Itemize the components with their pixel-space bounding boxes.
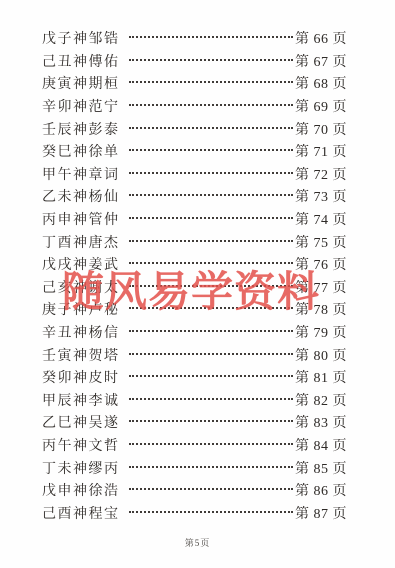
entry-title: 戊子神邹锆 xyxy=(42,28,120,48)
toc-entry: 丁未神缪丙 第 85 页 xyxy=(42,456,347,479)
dot-leader xyxy=(129,240,294,242)
toc-entry: 癸卯神皮时 第 81 页 xyxy=(42,366,347,389)
toc-entry: 癸巳神徐单 第 71 页 xyxy=(42,140,347,163)
entry-page-label: 第 76 页 xyxy=(295,254,347,274)
toc-entry: 庚寅神期桓 第 68 页 xyxy=(42,72,347,95)
dot-leader xyxy=(129,330,294,332)
dot-leader xyxy=(129,59,294,61)
entry-page-label: 第 77 页 xyxy=(295,277,347,297)
toc-entry: 庚子神卢秘 第 78 页 xyxy=(42,298,347,321)
entry-title: 戊戌神姜武 xyxy=(42,254,120,274)
toc-entry: 戊子神邹锆 第 66 页 xyxy=(42,27,347,50)
toc-entry: 辛丑神杨信 第 79 页 xyxy=(42,321,347,344)
toc-entry: 丙午神文哲 第 84 页 xyxy=(42,434,347,457)
dot-leader xyxy=(129,398,294,400)
dot-leader xyxy=(129,217,294,219)
toc-entry: 辛卯神范宁 第 69 页 xyxy=(42,95,347,118)
entry-title: 戊申神徐浩 xyxy=(42,480,120,500)
dot-leader xyxy=(129,307,294,309)
entry-title: 癸卯神皮时 xyxy=(42,367,120,387)
dot-leader xyxy=(129,443,294,445)
entry-title: 己丑神傅佑 xyxy=(42,51,120,71)
entry-page-label: 第 81 页 xyxy=(295,367,347,387)
entry-page-label: 第 82 页 xyxy=(295,390,347,410)
entry-title: 甲辰神李诚 xyxy=(42,390,120,410)
entry-title: 甲午神章词 xyxy=(42,164,120,184)
entry-title: 己亥神谢太 xyxy=(42,277,120,297)
entry-page-label: 第 73 页 xyxy=(295,186,347,206)
toc-entry: 戊申神徐浩 第 86 页 xyxy=(42,479,347,502)
toc-entry: 己丑神傅佑 第 67 页 xyxy=(42,50,347,73)
dot-leader xyxy=(129,81,294,83)
entry-title: 壬寅神贺塔 xyxy=(42,345,120,365)
toc-entry: 甲午神章词 第 72 页 xyxy=(42,163,347,186)
entry-title: 辛丑神杨信 xyxy=(42,322,120,342)
entry-page-label: 第 71 页 xyxy=(295,141,347,161)
toc-entry: 戊戌神姜武 第 76 页 xyxy=(42,253,347,276)
entry-page-label: 第 67 页 xyxy=(295,51,347,71)
toc-entry: 甲辰神李诚 第 82 页 xyxy=(42,389,347,412)
dot-leader xyxy=(129,194,294,196)
dot-leader xyxy=(129,375,294,377)
toc-entry: 己酉神程宝 第 87 页 xyxy=(42,501,347,524)
entry-page-label: 第 80 页 xyxy=(295,345,347,365)
entry-page-label: 第 86 页 xyxy=(295,480,347,500)
entry-page-label: 第 69 页 xyxy=(295,96,347,116)
toc-entry: 丁酉神唐杰 第 75 页 xyxy=(42,230,347,253)
entry-title: 辛卯神范宁 xyxy=(42,96,120,116)
toc-entry: 乙巳神吴遂 第 83 页 xyxy=(42,411,347,434)
dot-leader xyxy=(129,172,294,174)
entry-page-label: 第 83 页 xyxy=(295,412,347,432)
entry-title: 丙申神管仲 xyxy=(42,209,120,229)
entry-title: 丁未神缪丙 xyxy=(42,458,120,478)
entry-title: 庚子神卢秘 xyxy=(42,299,120,319)
toc-list: 戊子神邹锆 第 66 页 己丑神傅佑 第 67 页 庚寅神期桓 第 68 页 辛… xyxy=(0,0,395,524)
entry-page-label: 第 78 页 xyxy=(295,299,347,319)
dot-leader xyxy=(129,36,294,38)
document-page: 戊子神邹锆 第 66 页 己丑神傅佑 第 67 页 庚寅神期桓 第 68 页 辛… xyxy=(0,0,395,568)
toc-entry: 丙申神管仲 第 74 页 xyxy=(42,208,347,231)
dot-leader xyxy=(129,262,294,264)
entry-title: 乙未神杨仙 xyxy=(42,186,120,206)
dot-leader xyxy=(129,488,294,490)
toc-entry: 壬辰神彭泰 第 70 页 xyxy=(42,117,347,140)
dot-leader xyxy=(129,511,294,513)
toc-entry: 乙未神杨仙 第 73 页 xyxy=(42,185,347,208)
entry-page-label: 第 68 页 xyxy=(295,73,347,93)
page-footer-number: 第5页 xyxy=(0,536,395,549)
entry-page-label: 第 87 页 xyxy=(295,503,347,523)
entry-title: 丁酉神唐杰 xyxy=(42,232,120,252)
entry-title: 庚寅神期桓 xyxy=(42,73,120,93)
dot-leader xyxy=(129,127,294,129)
entry-title: 癸巳神徐单 xyxy=(42,141,120,161)
dot-leader xyxy=(129,353,294,355)
entry-page-label: 第 72 页 xyxy=(295,164,347,184)
entry-page-label: 第 84 页 xyxy=(295,435,347,455)
dot-leader xyxy=(129,285,294,287)
entry-title: 乙巳神吴遂 xyxy=(42,412,120,432)
entry-page-label: 第 85 页 xyxy=(295,458,347,478)
toc-entry: 壬寅神贺塔 第 80 页 xyxy=(42,343,347,366)
entry-title: 己酉神程宝 xyxy=(42,503,120,523)
toc-entry: 己亥神谢太 第 77 页 xyxy=(42,276,347,299)
dot-leader xyxy=(129,466,294,468)
entry-title: 壬辰神彭泰 xyxy=(42,119,120,139)
entry-page-label: 第 66 页 xyxy=(295,28,347,48)
entry-page-label: 第 75 页 xyxy=(295,232,347,252)
dot-leader xyxy=(129,149,294,151)
entry-title: 丙午神文哲 xyxy=(42,435,120,455)
entry-page-label: 第 74 页 xyxy=(295,209,347,229)
entry-page-label: 第 79 页 xyxy=(295,322,347,342)
entry-page-label: 第 70 页 xyxy=(295,119,347,139)
dot-leader xyxy=(129,420,294,422)
dot-leader xyxy=(129,104,294,106)
